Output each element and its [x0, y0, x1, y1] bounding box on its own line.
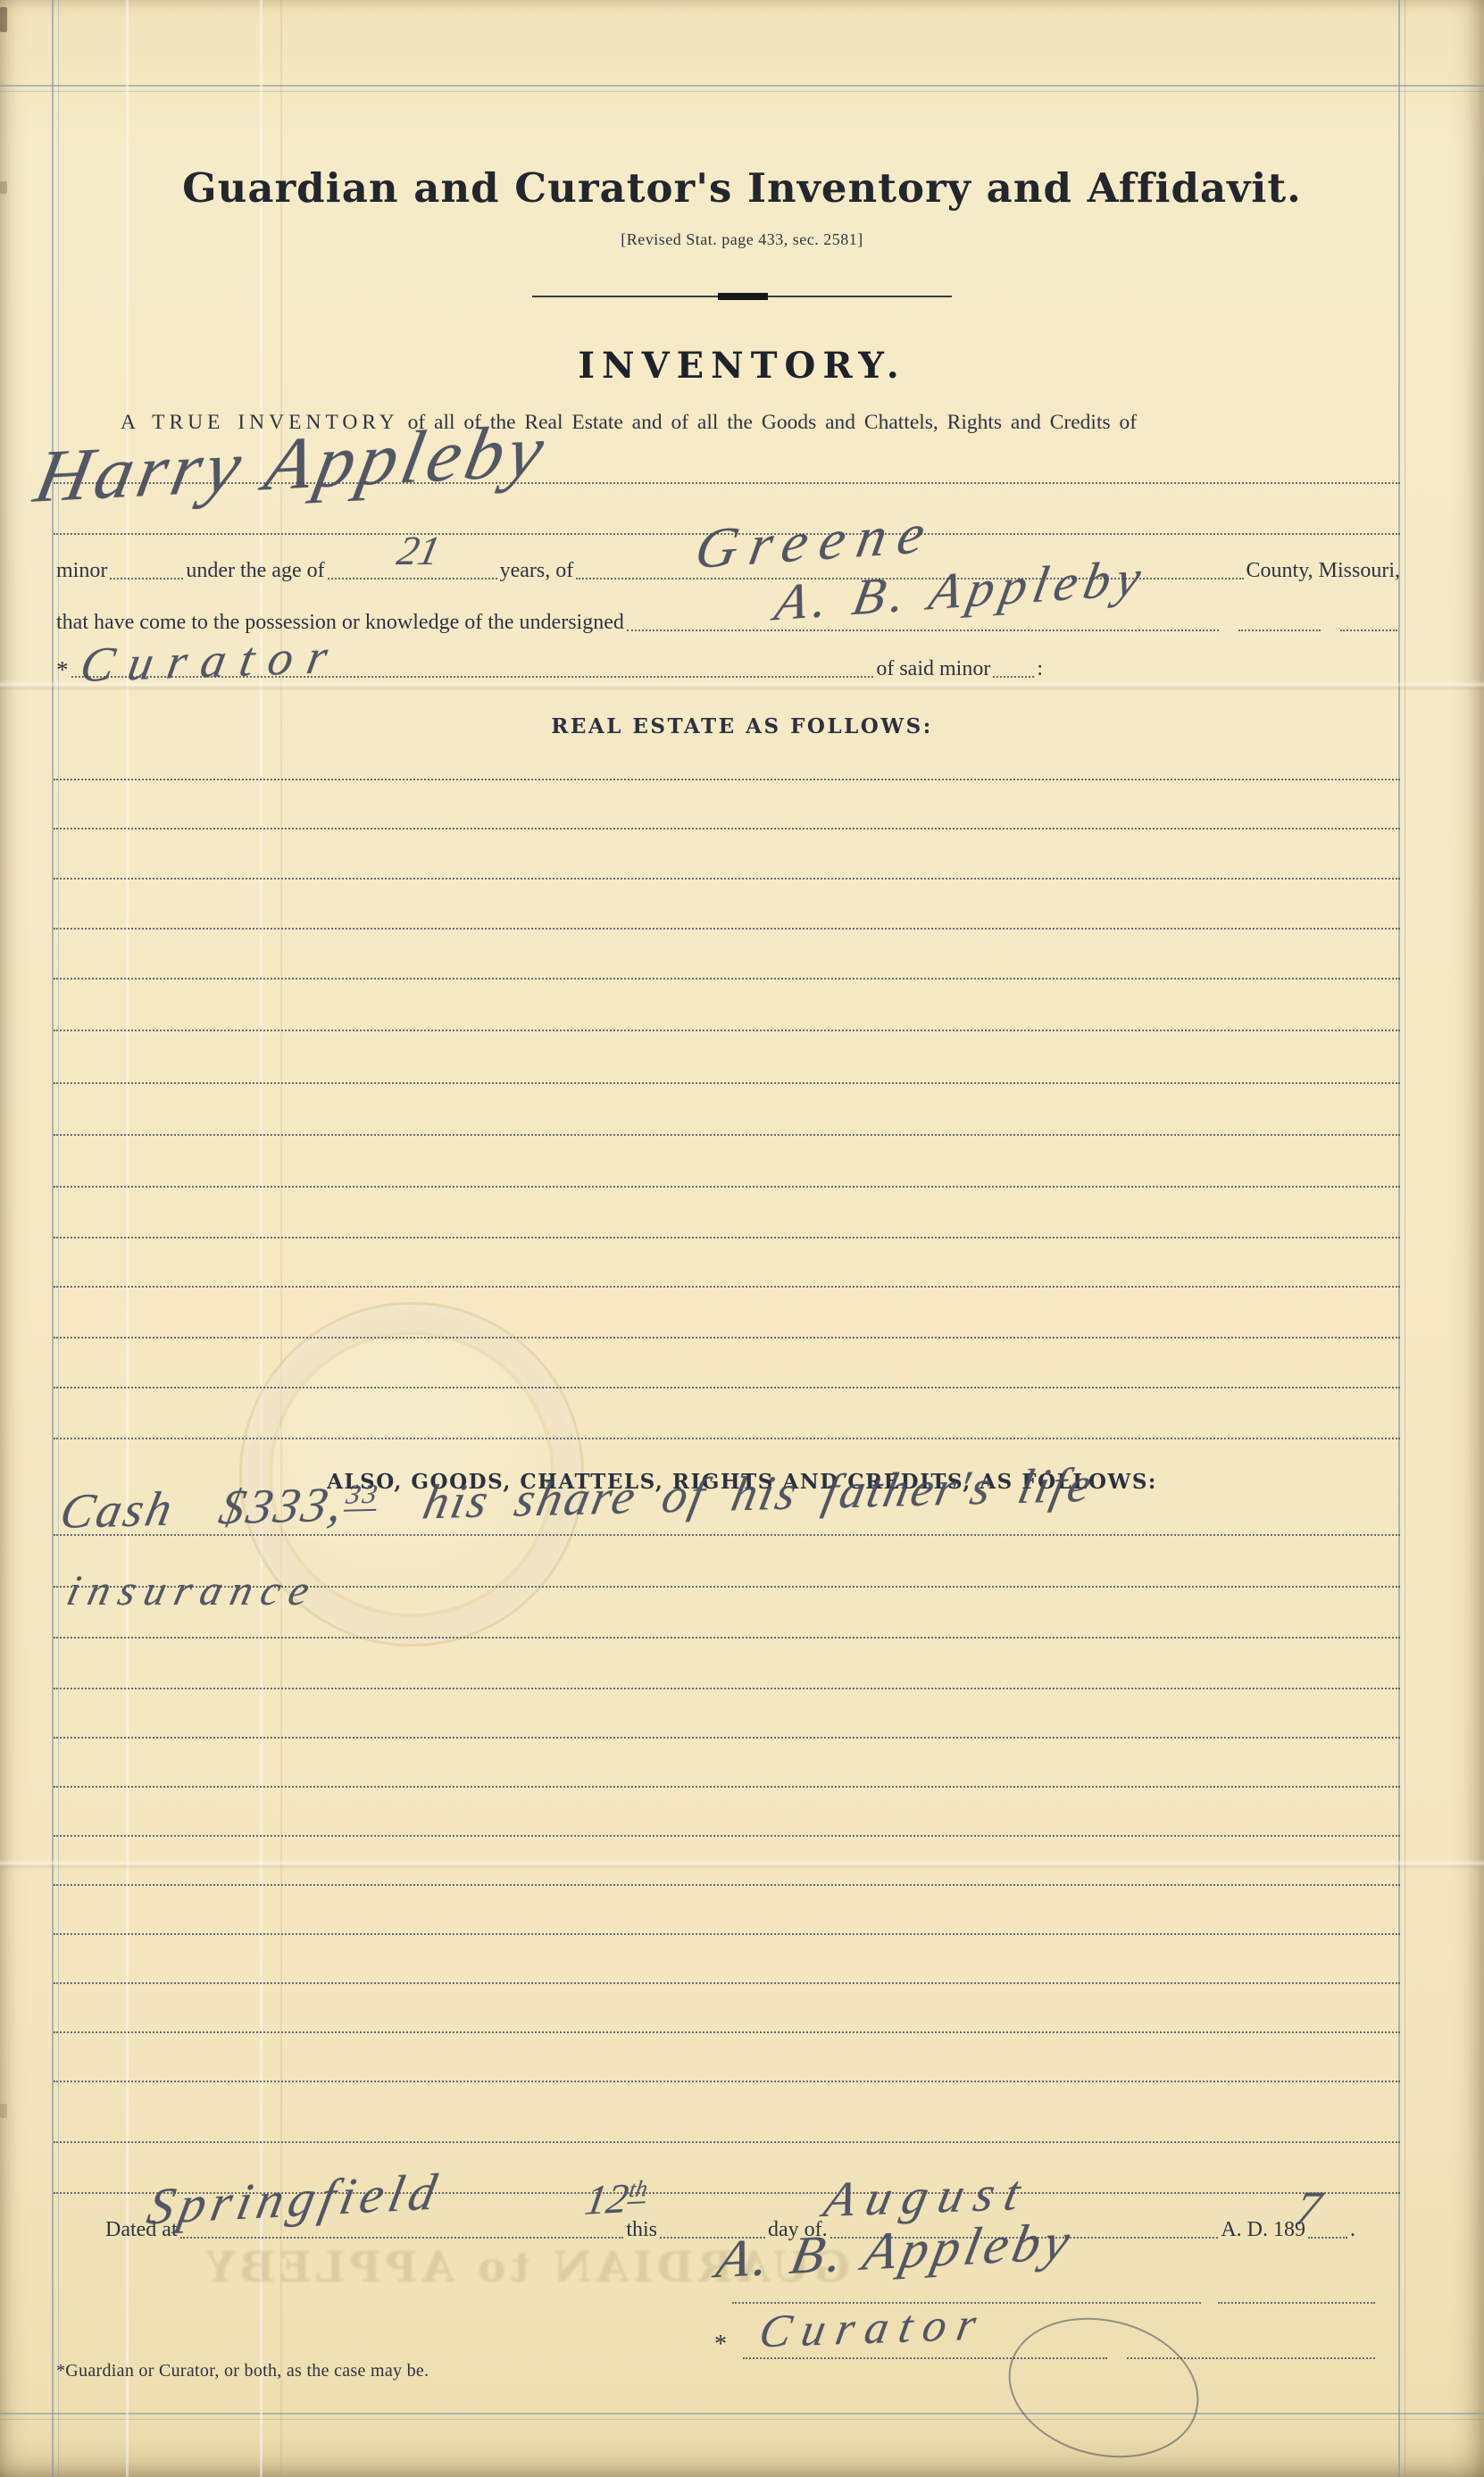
goods-item: Cash	[55, 1481, 179, 1539]
dot-leader	[993, 676, 1034, 678]
divider-center-bar	[718, 293, 768, 300]
blank-dotted-line	[54, 1586, 1400, 1588]
label-minor: minor	[56, 559, 107, 584]
footnote: *Guardian or Curator, or both, as the ca…	[56, 2361, 429, 2381]
label-years-of: years, of	[500, 559, 574, 584]
blank-dotted-line	[54, 1688, 1400, 1689]
top-ledger-rule	[0, 85, 1484, 92]
handwritten-age: 21	[394, 530, 444, 571]
blank-dotted-line	[54, 1637, 1400, 1639]
blank-dotted-line	[54, 1884, 1400, 1886]
blank-dotted-line	[54, 1438, 1400, 1439]
blank-dotted-line	[54, 878, 1400, 880]
blank-dotted-line	[54, 1286, 1400, 1288]
blank-dotted-line	[54, 1082, 1400, 1084]
blank-dotted-line	[54, 2081, 1400, 2082]
blank-dotted-line	[54, 1534, 1400, 1536]
blank-dotted-line	[54, 1237, 1400, 1238]
asterisk-mark: *	[714, 2331, 727, 2359]
ornamental-divider	[532, 292, 952, 301]
label-of-said-minor: of said minor	[876, 657, 990, 682]
asterisk-mark: *	[56, 658, 69, 682]
blank-dotted-line	[54, 928, 1400, 930]
blank-dotted-line	[54, 2031, 1400, 2033]
inventory-heading: INVENTORY.	[0, 345, 1484, 387]
signature-rule	[1218, 2302, 1375, 2304]
blank-dotted-line	[54, 1982, 1400, 1984]
bottom-ledger-rule	[0, 2413, 1484, 2420]
age-blank	[328, 578, 497, 580]
statute-reference: [Revised Stat. page 433, sec. 2581]	[0, 230, 1484, 249]
blank-dotted-line	[54, 1933, 1400, 1935]
handwritten-capacity: Curator	[77, 631, 346, 689]
label-county-missouri: County, Missouri,	[1246, 559, 1400, 584]
label-this: this	[626, 2218, 657, 2243]
blank-dotted-line	[54, 1737, 1400, 1739]
blank-dotted-line	[54, 2141, 1400, 2143]
goods-amount: $333,	[215, 1477, 351, 1535]
blank-dotted-line	[54, 1337, 1400, 1339]
goods-amount-cents: 33	[344, 1479, 383, 1512]
paper-edge-mark	[0, 2104, 7, 2118]
blank-dotted-line	[54, 1387, 1400, 1389]
handwritten-dated-day: 12th	[582, 2177, 649, 2222]
blank-dotted-line	[54, 1186, 1400, 1188]
label-under-age: under the age of	[186, 559, 324, 584]
colon-mark: :	[1037, 657, 1043, 682]
blank-dotted-line	[54, 2192, 1400, 2194]
dot-leader	[1340, 630, 1397, 631]
document-title: Guardian and Curator's Inventory and Aff…	[0, 164, 1484, 212]
blank-dotted-line	[54, 978, 1400, 980]
paper-edge-mark	[0, 7, 7, 32]
blank-dotted-line	[54, 1786, 1400, 1788]
blank-dotted-line	[54, 779, 1400, 780]
blank-dotted-line	[54, 1134, 1400, 1136]
handwritten-goods-entry-line2: insurance	[63, 1570, 321, 1613]
year-blank	[1308, 2237, 1347, 2239]
blank-dotted-line	[54, 828, 1400, 830]
undersigned-blank	[627, 630, 1219, 631]
dot-leader	[1238, 630, 1321, 631]
signature-flourish-loop	[994, 2298, 1213, 2477]
fold-crease-lower	[0, 1859, 1484, 1870]
blank-dotted-line	[54, 1030, 1400, 1031]
dot-leader	[110, 578, 183, 580]
label-end-period: .	[1350, 2218, 1355, 2243]
blank-dotted-line	[54, 1835, 1400, 1837]
handwritten-signature-capacity: Curator	[756, 2302, 991, 2356]
place-blank	[180, 2237, 624, 2239]
scanned-inventory-form-page: GUARDIAN to APPLEBY Guardian and Curator…	[0, 0, 1484, 2477]
real-estate-heading: REAL ESTATE AS FOLLOWS:	[0, 714, 1484, 738]
